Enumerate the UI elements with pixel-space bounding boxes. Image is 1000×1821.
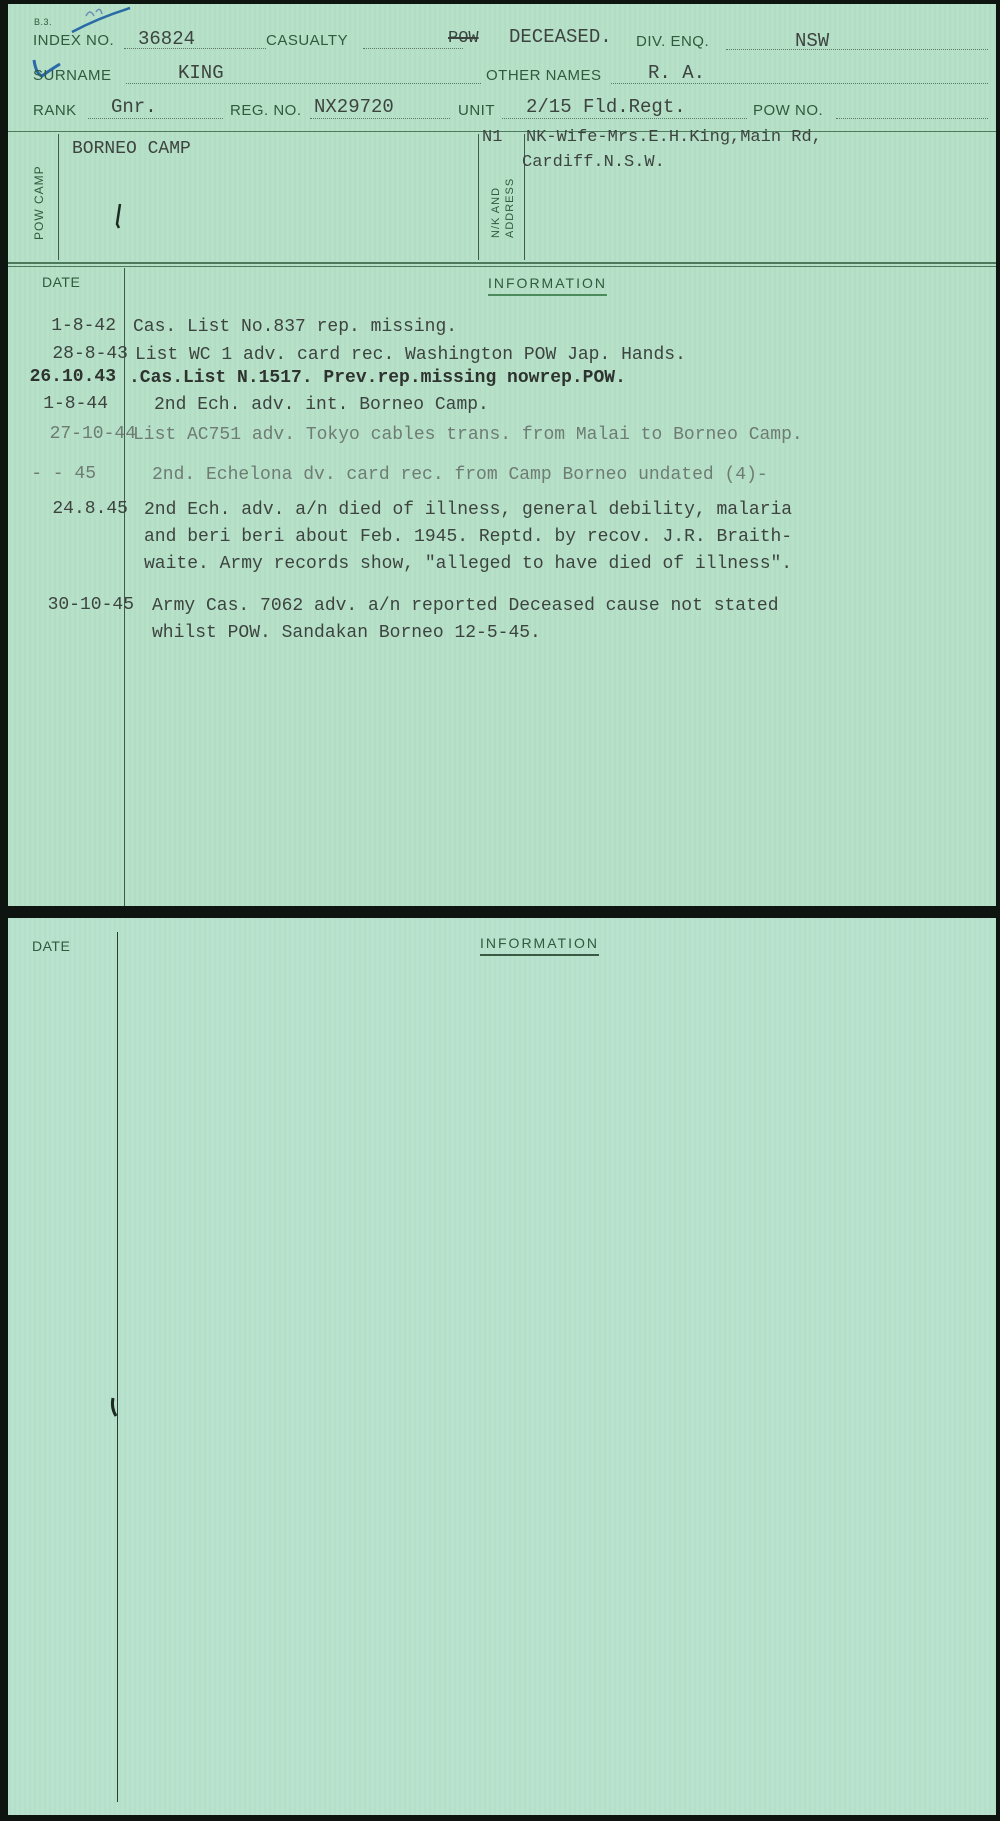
entry-text: whilst POW. Sandakan Borneo 12-5-45. <box>152 620 541 647</box>
form-code: B.3. <box>34 17 52 27</box>
div-enq-label: DIV. ENQ. <box>636 33 709 50</box>
nk-label: N/K AND <box>490 187 502 238</box>
nk-code: N1 <box>482 128 502 147</box>
pow-camp-value: BORNEO CAMP <box>72 139 191 159</box>
entry-text: Cas. List No.837 rep. missing. <box>133 314 457 341</box>
casualty-value: DECEASED. <box>509 26 612 48</box>
entry-text: waite. Army records show, "alleged to ha… <box>144 551 792 578</box>
information-header-text: INFORMATION <box>480 935 599 951</box>
rank-value: Gnr. <box>111 96 157 118</box>
entry-text: Army Cas. 7062 adv. a/n reported Decease… <box>152 593 779 620</box>
information-column-header: INFORMATION <box>488 275 607 296</box>
entry-text: List AC751 adv. Tokyo cables trans. from… <box>133 422 803 449</box>
entry-text: and beri beri about Feb. 1945. Reptd. by… <box>144 524 792 551</box>
other-names-value: R. A. <box>648 62 705 84</box>
entry-date: 1-8-44 <box>43 394 108 414</box>
entry-text: 2nd Ech. adv. a/n died of illness, gener… <box>144 497 792 524</box>
surname-label: SURNAME <box>33 67 112 84</box>
entry-date: 1-8-42 <box>51 316 116 336</box>
reg-no-label: REG. No. <box>230 102 302 119</box>
record-card-back: DATE INFORMATION <box>8 918 996 1815</box>
entry-text: .Cas.List N.1517. Prev.rep.missing nowre… <box>129 365 626 392</box>
entry-text: 2nd Ech. adv. int. Borneo Camp. <box>154 392 489 419</box>
entry-date: - - 45 <box>31 464 96 484</box>
entry-date: 24.8.45 <box>52 499 128 519</box>
information-header-text: INFORMATION <box>488 275 607 291</box>
ink-blot-mark <box>114 202 124 230</box>
address-label: ADDRESS <box>504 178 516 238</box>
index-number: 36824 <box>138 28 195 50</box>
entry-date: 30-10-45 <box>48 595 134 615</box>
casualty-label: CASUALTY <box>266 32 348 49</box>
reg-no-value: NX29720 <box>314 96 394 118</box>
unit-label: UNIT <box>458 102 495 119</box>
nk-address-line-2: Cardiff.N.S.W. <box>522 153 665 172</box>
pow-camp-label: POW CAMP <box>32 165 46 240</box>
index-label: INDEX No. <box>33 32 114 49</box>
surname-value: KING <box>178 62 224 84</box>
entry-text: 2nd. Echelona dv. card rec. from Camp Bo… <box>152 462 768 489</box>
information-column-header: INFORMATION <box>480 935 599 956</box>
nk-address-line-1: NK-Wife-Mrs.E.H.King,Main Rd, <box>526 128 822 147</box>
unit-value: 2/15 Fld.Regt. <box>526 96 686 118</box>
casualty-struck-value: POW <box>448 29 479 48</box>
entry-date: 26.10.43 <box>30 367 116 387</box>
date-column-header: DATE <box>42 274 80 290</box>
div-enq-value: NSW <box>795 30 829 52</box>
record-card-front: B.3. INDEX No. 36824 CASUALTY POW DECEAS… <box>8 4 996 906</box>
pow-no-label: POW No. <box>753 102 823 119</box>
ink-blot-mark <box>108 1394 124 1424</box>
rank-label: RANK <box>33 102 77 119</box>
date-column-header: DATE <box>32 938 70 954</box>
other-names-label: OTHER NAMES <box>486 67 602 84</box>
entry-date: 28-8-43 <box>52 344 128 364</box>
entry-date: 27-10-44 <box>50 424 136 444</box>
